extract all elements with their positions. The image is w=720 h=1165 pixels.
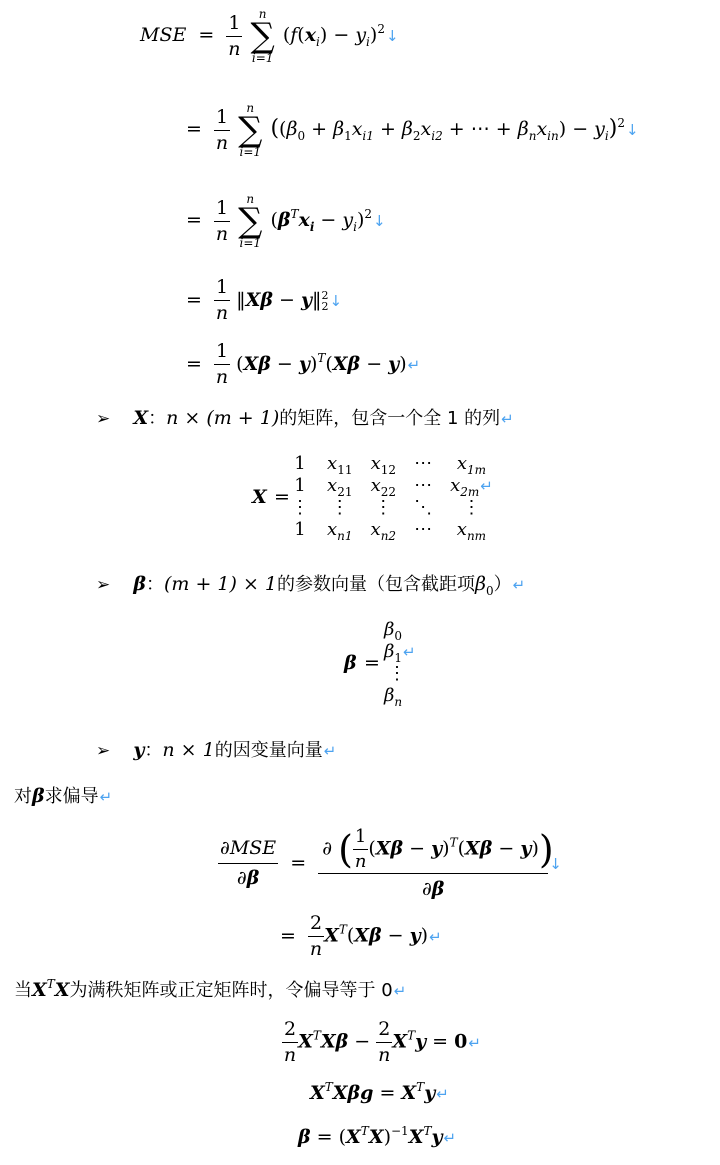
heading-pre: 当 xyxy=(14,980,32,1001)
paragraph-mark-icon: ↵ xyxy=(501,410,514,428)
paragraph-mark-icon: ↵ xyxy=(513,576,526,594)
fraction-1-over-n: 1n xyxy=(214,342,230,387)
fraction-2-over-n: 2n xyxy=(308,914,324,959)
fraction-1-over-n: 1n xyxy=(214,278,230,323)
line-break-mark-icon: ↓ xyxy=(330,292,343,310)
solution-eq-1: 2nXTXβ − 2nXTy = 0↵ xyxy=(282,1020,481,1065)
colon: ： xyxy=(146,574,164,595)
summation-icon: n∑i=1 xyxy=(238,102,262,158)
bullet-item-beta: ➢ β：(m + 1) × 1的参数向量（包含截距项β0）↵ xyxy=(96,570,525,596)
bullet-item-y: ➢ y：n × 1的因变量向量↵ xyxy=(96,736,336,762)
heading-var: β xyxy=(32,785,45,807)
bullet-text: 的参数向量（包含截距项 xyxy=(277,574,475,595)
colon: ： xyxy=(144,740,162,761)
heading-var: XTX xyxy=(32,979,70,1001)
fraction-2-over-n: 2n xyxy=(376,1020,392,1065)
paragraph-mark-icon: ↵ xyxy=(436,1085,449,1103)
bullet-var: β xyxy=(133,573,146,595)
mse-line-5: = 1n (Xβ − y)T(Xβ − y)↵ xyxy=(186,342,420,387)
summation-icon: n∑i=1 xyxy=(251,8,275,64)
heading-post: 为满秩矩阵或正定矩阵时，令偏导等于 0 xyxy=(70,980,393,1001)
bullet-dims: n × 1 xyxy=(162,739,214,761)
heading-pre: 对 xyxy=(14,786,32,807)
equals-sign: = xyxy=(364,652,380,674)
bullet-var: y xyxy=(133,739,144,761)
paragraph-mark-icon: ↵ xyxy=(429,928,442,946)
fraction-rhs: ∂ (1n(Xβ − y)T(Xβ − y)) ∂β xyxy=(318,828,548,899)
partial-derivation-line-2: = 2nXT(Xβ − y)↵ xyxy=(280,914,442,959)
matrix-lhs: X xyxy=(252,486,267,508)
equals-sign: = xyxy=(186,289,202,311)
mse-expanded-body: ((β0 + β1xi1 + β2xi2 + ⋯ + βnxin) − yi)2 xyxy=(270,118,625,140)
bullet-tail-var: β0 xyxy=(475,573,494,595)
paragraph-mark-icon: ↵ xyxy=(324,742,337,760)
fraction-2-over-n: 2n xyxy=(282,1020,298,1065)
arrow-bullet-icon: ➢ xyxy=(96,575,110,595)
matrix-X: 1x11x12⋯x1m 1x21x22⋯x2m↵ ⋮⋮⋮⋱⋮ 1xn1xn2⋯x… xyxy=(282,452,502,540)
summation-icon: n∑i=1 xyxy=(238,193,262,249)
mse-line-1: MSE = 1n n∑i=1 (f(xi) − yi)2↓ xyxy=(140,8,399,64)
paragraph-mark-icon: ↵ xyxy=(480,477,493,495)
equals-sign: = xyxy=(186,353,202,375)
line-break-mark-icon: ↓ xyxy=(373,212,386,230)
arrow-bullet-icon: ➢ xyxy=(96,741,110,761)
solution-eq-3: β = (XTX)−1XTy↵ xyxy=(298,1126,456,1148)
paragraph-mark-icon: ↵ xyxy=(444,1129,457,1147)
matrix-row: ⋮⋮⋮⋱⋮ xyxy=(282,496,502,518)
mse-matrix-body: (Xβ − y)T(Xβ − y) xyxy=(236,353,407,375)
mse-line-3: = 1n n∑i=1 (βTxi − yi)2↓ xyxy=(186,193,386,249)
paragraph-mark-icon: ↵ xyxy=(408,356,421,374)
paragraph-mark-icon: ↵ xyxy=(403,643,416,661)
equals-sign: = xyxy=(290,852,306,874)
close-paren: ） xyxy=(494,574,512,595)
fraction-1-over-n: 1n xyxy=(214,199,230,244)
mse-symbol: MSE xyxy=(140,24,186,46)
condition-heading: 当XTX为满秩矩阵或正定矩阵时，令偏导等于 0↵ xyxy=(14,976,406,1002)
matrix-row: 1x11x12⋯x1m xyxy=(282,452,502,474)
mse-line-2: = 1n n∑i=1 ((β0 + β1xi1 + β2xi2 + ⋯ + βn… xyxy=(186,102,639,158)
vector-beta: β0 β1↵ ⋮ βn xyxy=(384,618,416,706)
solution-eq-2: XTXβg = XTy↵ xyxy=(310,1082,449,1104)
vector-lhs: β xyxy=(344,652,357,674)
fraction-1-over-n: 1n xyxy=(226,14,242,59)
fraction-dMSE-dbeta: ∂MSE∂β xyxy=(218,839,278,888)
mse-line-4: = 1n ‖Xβ − y‖22↓ xyxy=(186,278,342,323)
paragraph-mark-icon: ↵ xyxy=(100,788,113,806)
line-break-mark-icon: ↓ xyxy=(549,855,562,873)
bullet-var: X xyxy=(133,407,148,429)
paragraph-mark-icon: ↵ xyxy=(468,1034,481,1052)
line-break-mark-icon: ↓ xyxy=(626,121,639,139)
bullet-dims: (m + 1) × 1 xyxy=(164,573,277,595)
bullet-text: 的矩阵，包含一个全 1 的列 xyxy=(279,408,500,429)
equals-sign: = xyxy=(280,925,296,947)
fraction-1-over-n: 1n xyxy=(214,108,230,153)
heading-post: 求偏导 xyxy=(45,786,99,807)
paragraph-mark-icon: ↵ xyxy=(394,982,407,1000)
bullet-dims: n × (m + 1) xyxy=(166,407,279,429)
mse-body: (f(xi) − yi)2 xyxy=(283,24,385,46)
bullet-text: 的因变量向量 xyxy=(215,740,323,761)
matrix-row: 1x21x22⋯x2m↵ xyxy=(282,474,502,496)
partial-derivation-line-1: ∂MSE∂β = ∂ (1n(Xβ − y)T(Xβ − y)) ∂β ↓ xyxy=(218,828,562,899)
equals-sign: = xyxy=(186,209,202,231)
arrow-bullet-icon: ➢ xyxy=(96,409,110,429)
equals-sign: = xyxy=(198,24,214,46)
bullet-item-X: ➢ X：n × (m + 1)的矩阵，包含一个全 1 的列↵ xyxy=(96,404,514,430)
line-break-mark-icon: ↓ xyxy=(386,27,399,45)
matrix-row: 1xn1xn2⋯xnm xyxy=(282,518,502,540)
colon: ： xyxy=(148,408,166,429)
partial-heading: 对β求偏导↵ xyxy=(14,782,112,808)
mse-norm-body: ‖Xβ − y‖22 xyxy=(236,289,328,311)
mse-vector-body: (βTxi − yi)2 xyxy=(270,209,372,231)
equals-sign: = xyxy=(186,118,202,140)
